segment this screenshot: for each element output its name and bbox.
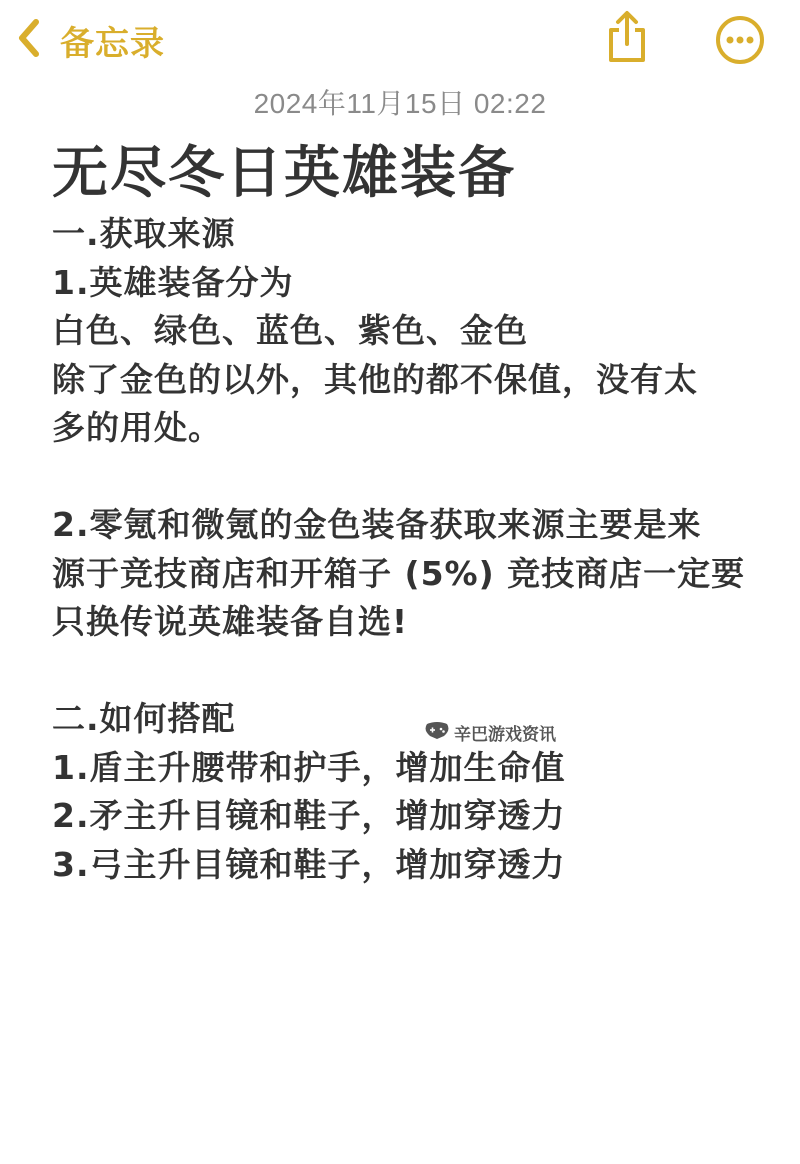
- share-button[interactable]: [602, 8, 652, 66]
- blank-line: [52, 647, 772, 696]
- more-options-button[interactable]: [714, 14, 766, 66]
- note-line: 1.英雄装备分为: [52, 259, 772, 308]
- note-line: 只换传说英雄装备自选!: [52, 598, 772, 647]
- back-button[interactable]: 备忘录: [14, 14, 165, 66]
- note-title: 无尽冬日英雄装备: [52, 138, 772, 210]
- chevron-left-icon: [14, 18, 44, 62]
- note-date: 2024年11月15日 02:22: [0, 82, 800, 122]
- section-heading: 二.如何搭配: [52, 695, 772, 744]
- list-item: 3.弓主升目镜和鞋子，增加穿透力: [52, 841, 772, 890]
- list-item: 1.盾主升腰带和护手，增加生命值: [52, 744, 772, 793]
- gamepad-heart-icon: [424, 721, 454, 744]
- note-line: 源于竞技商店和开箱子 (5%) 竞技商店一定要: [52, 550, 772, 599]
- note-line: 2.零氪和微氪的金色装备获取来源主要是来: [52, 501, 772, 550]
- note-line: 白色、绿色、蓝色、紫色、金色: [52, 307, 772, 356]
- note-line: 除了金色的以外，其他的都不保值，没有太: [52, 356, 772, 405]
- note-body[interactable]: 无尽冬日英雄装备 一.获取来源 1.英雄装备分为 白色、绿色、蓝色、紫色、金色 …: [52, 138, 772, 889]
- section-heading: 一.获取来源: [52, 210, 772, 259]
- navigation-bar: 备忘录: [0, 0, 800, 80]
- blank-line: [52, 453, 772, 502]
- note-line: 多的用处。: [52, 404, 772, 453]
- watermark: 辛巴游戏资讯: [424, 720, 556, 745]
- back-label: 备忘录: [60, 16, 165, 65]
- share-icon: [602, 51, 652, 70]
- list-item: 2.矛主升目镜和鞋子，增加穿透力: [52, 792, 772, 841]
- more-options-icon: [714, 51, 766, 70]
- watermark-text: 辛巴游戏资讯: [454, 720, 556, 745]
